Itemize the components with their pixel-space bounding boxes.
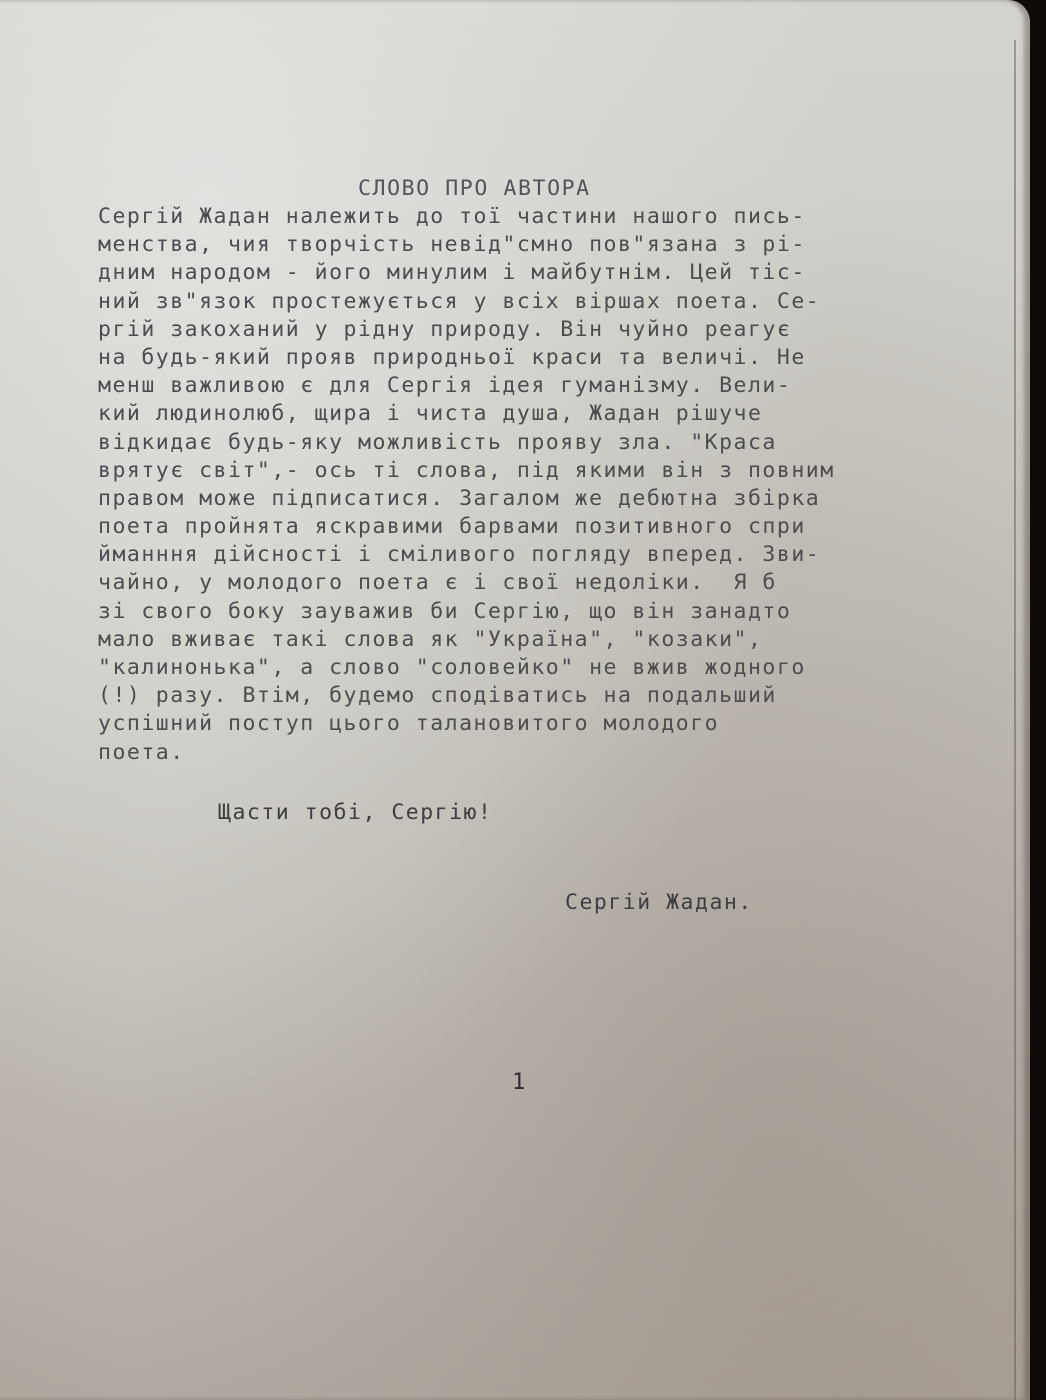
body-line: зі свого боку зауважив би Сергію, що він… [98, 599, 835, 627]
body-line: Сергій Жадан належить до тої частини наш… [98, 204, 835, 232]
paper-sheet: СЛОВО ПРО АВТОРА Сергій Жадан належить д… [0, 0, 1030, 1400]
body-line: менства, чия творчість невід"смно пов"яз… [98, 232, 835, 260]
body-line: врятує світ",- ось ті слова, під якими в… [98, 458, 835, 486]
closing-wish: Щасти тобі, Сергію! [218, 800, 492, 825]
body-line: мало вживає такі слова як "Україна", "ко… [98, 627, 835, 655]
body-line: "калинонька", а слово "соловейко" не вжи… [98, 655, 835, 683]
body-line: поета пройнята яскравими барвами позитив… [98, 514, 835, 542]
body-line: правом може підписатися. Загалом же дебю… [98, 486, 835, 514]
body-line: кий людинолюб, щира і чиста душа, Жадан … [98, 401, 835, 429]
document-title: СЛОВО ПРО АВТОРА [358, 176, 591, 201]
body-line: успішний поступ цього талановитого молод… [98, 711, 835, 739]
body-line: ргій закоханий у рідну природу. Він чуйн… [98, 317, 835, 345]
author-signature: Сергій Жадан. [565, 890, 753, 915]
body-line: менш важливою є для Сергія ідея гуманізм… [98, 373, 835, 401]
paper-edge [1014, 40, 1016, 1400]
body-line: на будь-який прояв природньої краси та в… [98, 345, 835, 373]
body-line: поета. [98, 740, 835, 768]
body-line: ний зв"язок простежується у всіх віршах … [98, 289, 835, 317]
body-line: відкидає будь-яку можливість прояву зла.… [98, 430, 835, 458]
body-line: (!) разу. Втім, будемо сподіватись на по… [98, 683, 835, 711]
document-body: Сергій Жадан належить до тої частини наш… [98, 204, 835, 768]
body-line: чайно, у молодого поета є і свої недолік… [98, 570, 835, 598]
body-line: дним народом - його минулим і майбутнім.… [98, 260, 835, 288]
body-line: йманння дійсності і сміливого погляду вп… [98, 542, 835, 570]
page-number: 1 [512, 1070, 525, 1095]
